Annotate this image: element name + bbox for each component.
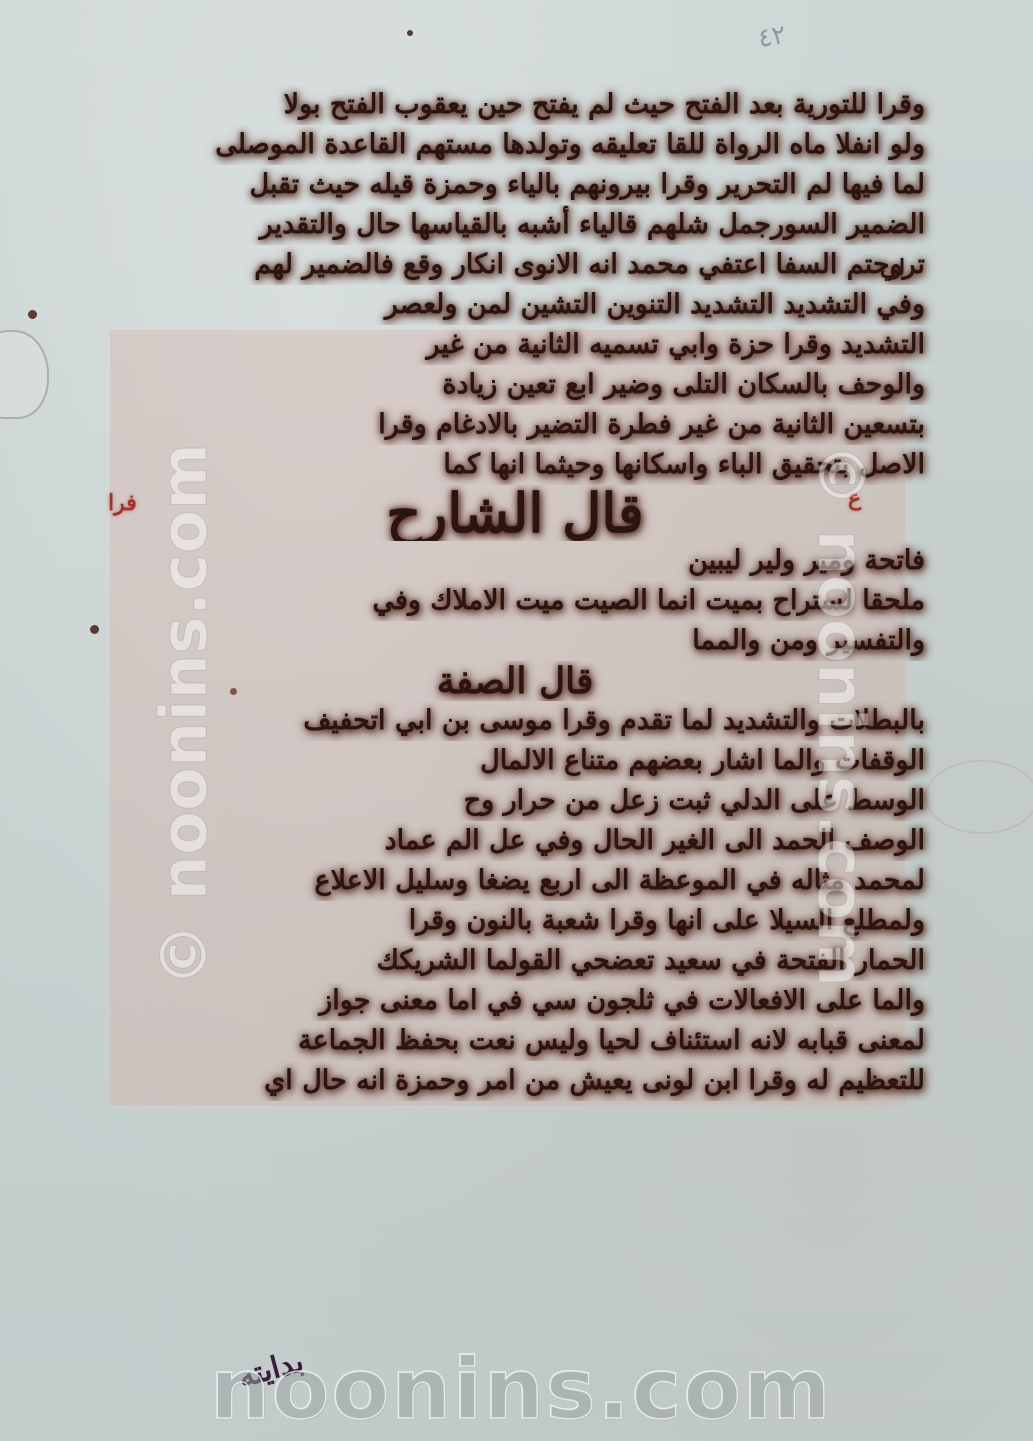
margin-note: لي	[880, 255, 905, 281]
water-stain	[0, 330, 49, 419]
text-line: وقرا للتورية بعد الفتح حيث لم يفتح حين ي…	[85, 85, 945, 125]
text-line: ولو انفلا ماه الرواة للقا تعليقه وتولدها…	[85, 125, 945, 165]
text-line: التشديد وقرا حزة وابي تسميه الثانية من غ…	[85, 325, 945, 365]
ink-spot	[407, 30, 413, 36]
text-line: وفي التشديد التشديد التنوين التشين لمن و…	[85, 285, 945, 325]
watermark-vertical-right: © noonins.com	[803, 443, 877, 987]
text-line: لما فيها لم التحرير وقرا بيرونهم بالياء …	[85, 165, 945, 205]
text-line: الضمير السورجمل شلهم قالياء أشبه بالقياس…	[85, 205, 945, 245]
text-line: والوحف بالسكان التلى وضير ابع تعين زيادة	[85, 365, 945, 405]
text-line: والما على الافعالات في ثلجون سي في اما م…	[85, 981, 945, 1021]
text-line: لمعنى قبابه لانه استئناف لحيا وليس نعت ب…	[85, 1021, 945, 1061]
watermark-bottom: noonins.com	[210, 1340, 830, 1438]
margin-note-rubric: فرا	[108, 490, 137, 516]
text-line: بتسعين الثانية من غير فطرة التضير بالادغ…	[85, 405, 945, 445]
text-line: تروحتم السفا اعتفي محمد انه الانوى انكار…	[85, 245, 945, 285]
watermark-vertical-left: © noonins.com	[148, 443, 222, 987]
manuscript-page: ٤٢ وقرا للتورية بعد الفتح حيث لم يفتح حي…	[0, 0, 1033, 1441]
folio-number: ٤٢	[756, 20, 789, 54]
text-line: للتعظيم له وقرا ابن لونى يعيش من امر وحم…	[85, 1061, 945, 1101]
ink-spot	[28, 310, 37, 319]
